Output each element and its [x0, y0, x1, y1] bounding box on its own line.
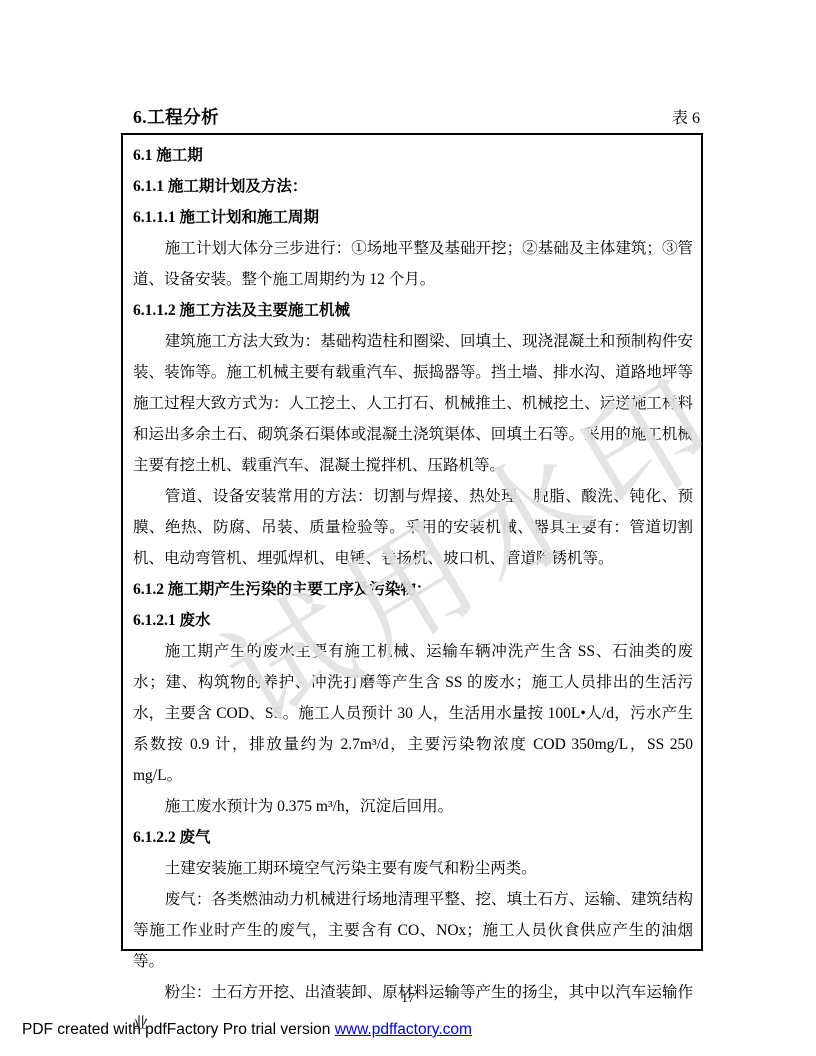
paragraph: 土建安装施工期环境空气污染主要有废气和粉尘两类。 — [133, 853, 693, 884]
section-heading: 6.1.1.2 施工方法及主要施工机械 — [133, 295, 693, 326]
title-row: 6.工程分析 表 6 — [133, 104, 700, 129]
section-heading: 6.1.1 施工期计划及方法： — [133, 171, 693, 202]
paragraph: 废气：各类燃油动力机械进行场地清理平整、挖、填土石方、运输、建筑结构等施工作业时… — [133, 884, 693, 977]
section-heading: 6.1.2 施工期产生污染的主要工序及污染物： — [133, 574, 693, 605]
table-label: 表 6 — [672, 105, 700, 128]
page-title: 6.工程分析 — [133, 104, 219, 129]
pdf-footer: PDF created with pdfFactory Pro trial ve… — [22, 1021, 472, 1039]
section-heading: 6.1.2.1 废水 — [133, 605, 693, 636]
footer-text: PDF created with pdfFactory Pro trial ve… — [22, 1021, 335, 1038]
content-table-border: 6.1 施工期6.1.1 施工期计划及方法：6.1.1.1 施工计划和施工周期施… — [121, 133, 703, 951]
paragraph: 建筑施工方法大致为：基础构造柱和圈梁、回填土、现浇混凝土和预制构件安装、装饰等。… — [133, 326, 693, 481]
document-page: 6.工程分析 表 6 6.1 施工期6.1.1 施工期计划及方法：6.1.1.1… — [0, 0, 816, 1056]
section-heading: 6.1 施工期 — [133, 140, 693, 171]
document-body: 6.1 施工期6.1.1 施工期计划及方法：6.1.1.1 施工计划和施工周期施… — [133, 140, 693, 1039]
section-heading: 6.1.2.2 废气 — [133, 822, 693, 853]
paragraph: 施工期产生的废水主要有施工机械、运输车辆冲洗产生含 SS、石油类的废水；建、构筑… — [133, 636, 693, 791]
footer-link[interactable]: www.pdffactory.com — [335, 1021, 472, 1038]
paragraph: 施工废水预计为 0.375 m³/h，沉淀后回用。 — [133, 791, 693, 822]
section-heading: 6.1.1.1 施工计划和施工周期 — [133, 202, 693, 233]
page-number: 17 — [0, 990, 816, 1006]
paragraph: 施工计划大体分三步进行：①场地平整及基础开挖；②基础及主体建筑；③管道、设备安装… — [133, 233, 693, 295]
paragraph: 管道、设备安装常用的方法：切割与焊接、热处理、脱脂、酸洗、钝化、预膜、绝热、防腐… — [133, 481, 693, 574]
